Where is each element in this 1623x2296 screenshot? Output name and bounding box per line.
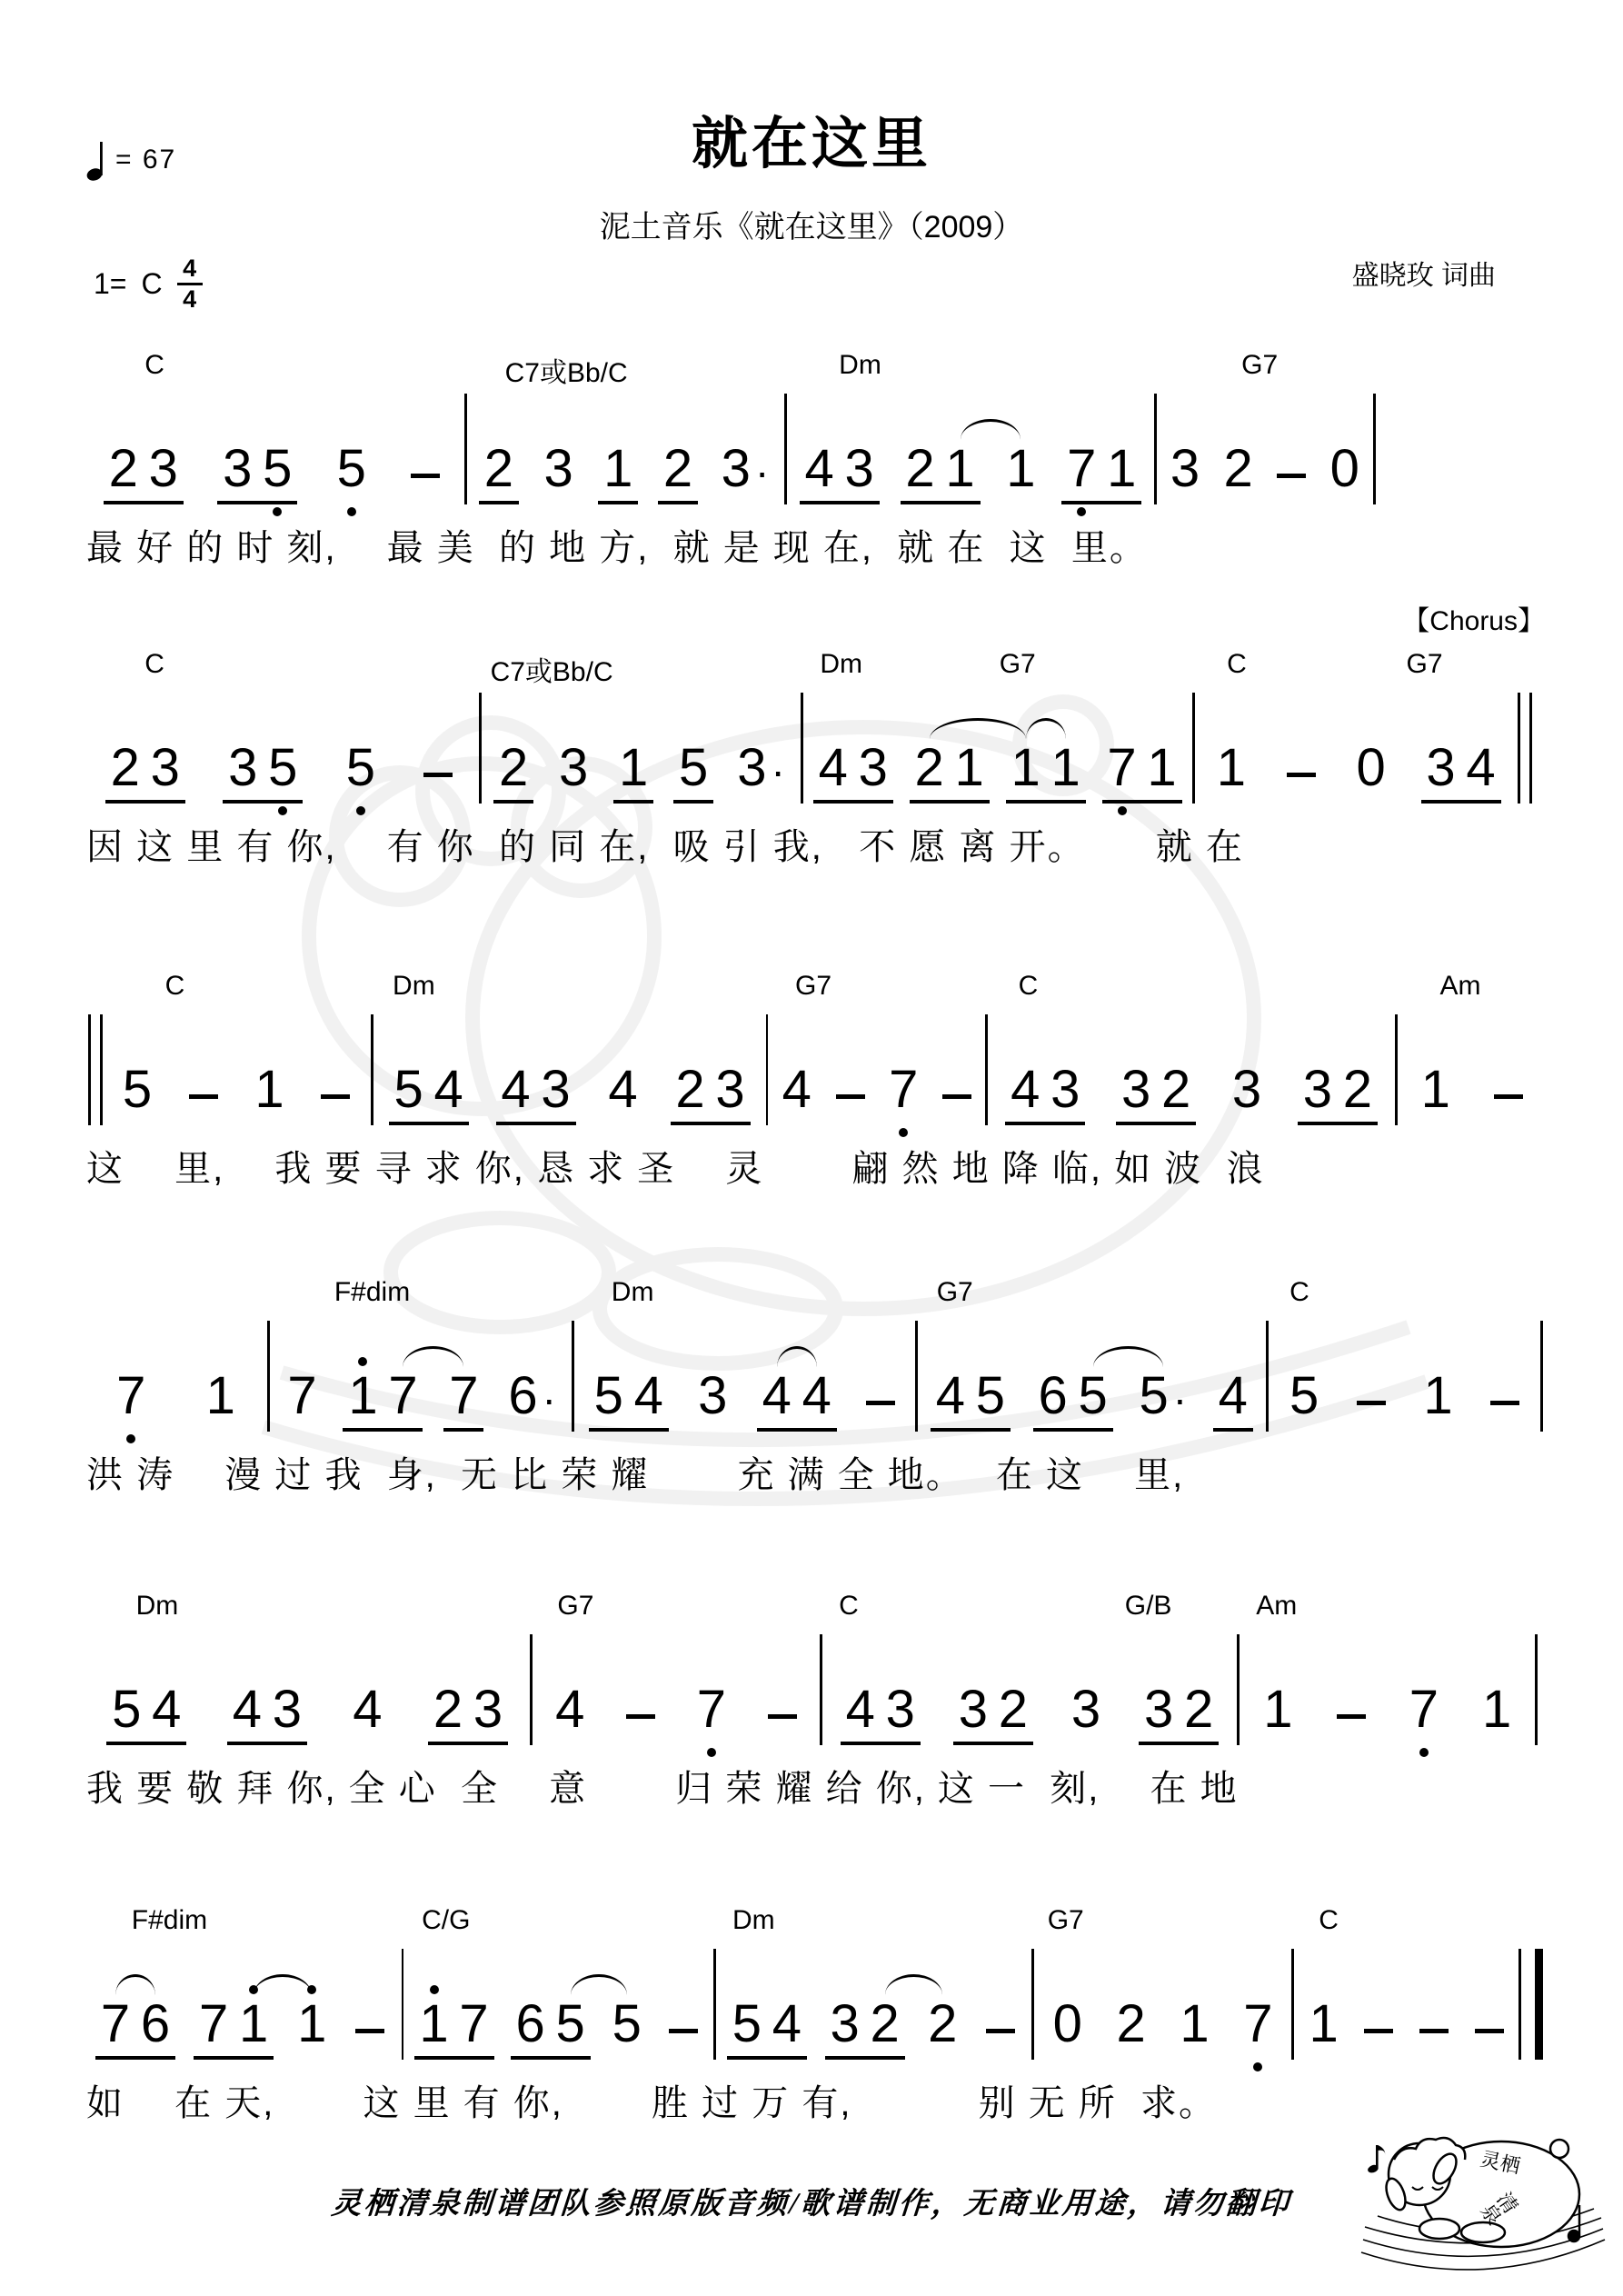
key-signature: 1= C 4 4	[94, 256, 203, 312]
note: 7	[883, 1063, 923, 1125]
note: 4	[550, 1683, 590, 1745]
note: 3	[536, 1063, 576, 1122]
barline	[267, 1321, 270, 1432]
note: 2	[105, 742, 145, 800]
chord-label: C7或Bb/C	[505, 350, 628, 390]
sheet-music-page: = 67 就在这里 泥土音乐《就在这里》（2009） 盛晓玫 词曲 1= C 4…	[0, 0, 1623, 2296]
note: 4	[777, 1063, 817, 1125]
note: 1	[234, 1998, 274, 2056]
barline	[713, 1949, 716, 2060]
note: 3	[825, 1998, 865, 2056]
note: 2	[1219, 443, 1259, 504]
note: 4	[841, 1683, 881, 1742]
note: 2	[901, 443, 941, 501]
barline	[766, 1014, 769, 1125]
chord-label: Dm	[820, 649, 862, 680]
note: 4	[1005, 1063, 1045, 1122]
dash-note	[831, 1094, 871, 1125]
note: 5	[971, 1370, 1011, 1428]
note: 7	[383, 1370, 423, 1428]
chord-label: C	[144, 350, 164, 381]
beam-group: 17	[414, 1998, 494, 2060]
system: F#dimC/GDmG7C76711176555432202171如 在 天, …	[86, 1905, 1545, 2126]
note: 4	[629, 1370, 669, 1428]
beam-group: 32	[825, 1998, 905, 2060]
chord-label: G7	[937, 1277, 973, 1308]
beam-group: 35	[217, 443, 297, 504]
chord-label: G/B	[1125, 1591, 1172, 1622]
note: 2	[479, 443, 519, 504]
chord-label: C	[1227, 649, 1247, 680]
note: 3	[1045, 1063, 1085, 1122]
note: 4	[603, 1063, 643, 1125]
beam-group: 21	[901, 443, 981, 504]
dash-note	[861, 1401, 901, 1432]
song-subtitle: 泥土音乐《就在这里》（2009）	[0, 202, 1623, 246]
barline	[1518, 693, 1532, 804]
composer-credit: 盛晓玫 词曲	[1352, 253, 1496, 293]
measure: 45655·4	[920, 1321, 1265, 1432]
note: 3	[1165, 443, 1205, 504]
note: 2	[1338, 1063, 1378, 1122]
note: 5	[332, 443, 372, 504]
chord-label: G7	[1048, 1905, 1084, 1936]
note: 1	[1175, 1998, 1215, 2060]
note-row: 2335523153·432111711034	[86, 693, 1545, 804]
beam-group: 45	[931, 1370, 1011, 1432]
measure: 23355	[86, 693, 477, 804]
chord-label: G7	[1000, 649, 1036, 680]
dash-note	[1351, 1401, 1391, 1432]
note: 2	[671, 1063, 711, 1122]
note: 5	[117, 1063, 157, 1125]
note: 4	[496, 1063, 536, 1122]
note: 1	[1142, 742, 1182, 800]
chord-label: Dm	[732, 1905, 775, 1936]
dash-note	[1271, 474, 1311, 504]
note: 6·	[504, 1370, 560, 1432]
chord-label: C	[1319, 1905, 1339, 1936]
note: 7	[1404, 1683, 1444, 1745]
note: 4	[1213, 1370, 1253, 1432]
note: 4	[797, 1370, 837, 1428]
note: 7	[1061, 443, 1101, 501]
measure: 71776·	[272, 1321, 570, 1432]
note: 5	[389, 1063, 429, 1122]
note: 5	[1284, 1370, 1324, 1432]
barline	[1291, 1949, 1294, 2060]
beam-group: 54	[106, 1683, 186, 1745]
note: 3	[1298, 1063, 1338, 1122]
note: 3	[840, 443, 880, 501]
barline	[88, 1014, 103, 1125]
barline	[915, 1321, 918, 1432]
chord-row: CDmG7CAm	[86, 971, 1545, 1014]
beam-group: 43	[813, 742, 893, 804]
note: 3	[144, 443, 184, 501]
measure: 4321171	[789, 394, 1152, 504]
note: 1	[1418, 1370, 1458, 1432]
dash-note	[1359, 2029, 1399, 2060]
note: 1	[292, 1998, 332, 2060]
note: 3	[1227, 1063, 1267, 1125]
barline	[402, 1949, 404, 2060]
note: 1	[250, 1063, 290, 1125]
key-value: C	[141, 267, 162, 301]
dash-note	[418, 773, 458, 804]
system: 【Chorus】CC7或Bb/CDmG7CG72335523153·432111…	[86, 602, 1545, 870]
chord-label: C	[1289, 1277, 1309, 1308]
barline	[1154, 394, 1157, 504]
barline	[479, 693, 482, 804]
barline	[1031, 1949, 1034, 2060]
barline	[1540, 1321, 1543, 1432]
lyric-line: 如 在 天, 这 里 有 你, 胜 过 万 有, 别 无 所 求。	[86, 2074, 1545, 2126]
note: 1	[1258, 1683, 1298, 1745]
chord-label: G7	[795, 971, 831, 1002]
barline	[784, 394, 787, 504]
beam-group: 76	[95, 1998, 175, 2060]
chord-row: CC7或Bb/CDmG7	[86, 350, 1545, 394]
beam-group: 23	[105, 742, 185, 804]
note: 7	[1238, 1998, 1278, 2060]
note: 1	[613, 742, 653, 804]
note: 1	[1101, 443, 1141, 501]
barline	[530, 1634, 533, 1745]
barline	[1535, 1634, 1538, 1745]
system: F#dimDmG7C7171776·5434445655·451洪 涛 漫 过 …	[86, 1277, 1545, 1498]
measure: 4332332	[990, 1014, 1393, 1125]
beam-group: 23	[671, 1063, 751, 1125]
beam-group: 54	[589, 1370, 669, 1432]
note: 4	[1461, 742, 1501, 800]
note: 2	[1179, 1683, 1219, 1742]
chord-label: G7	[557, 1591, 593, 1622]
note: 1	[1046, 742, 1086, 800]
beam-group: 32	[1139, 1683, 1219, 1745]
beam-group: 65	[511, 1998, 591, 2060]
beam-group: 32	[1298, 1063, 1378, 1125]
beam-group: 65	[1033, 1370, 1113, 1432]
note: 3	[553, 742, 593, 804]
note-row: 7171776·5434445655·451	[86, 1321, 1545, 1432]
note: 0	[1048, 1998, 1088, 2060]
measure: 47	[770, 1014, 983, 1125]
measure: 23355	[86, 394, 463, 504]
note: 4	[757, 1370, 797, 1428]
lyric-line: 最 好 的 时 刻, 最 美 的 地 方, 就 是 现 在, 就 在 这 里。	[86, 519, 1545, 571]
beam-group: 43	[1005, 1063, 1085, 1125]
chord-label: C7或Bb/C	[491, 649, 613, 689]
time-denominator: 4	[183, 287, 196, 312]
measure: 51	[1270, 1321, 1538, 1432]
barline	[1518, 1949, 1543, 2060]
note: 7	[443, 1370, 483, 1432]
beam-group: 11	[1006, 742, 1086, 804]
barline	[1192, 693, 1195, 804]
note: 5	[589, 1370, 629, 1428]
chord-label: Am	[1439, 971, 1480, 1002]
note: 4	[767, 1998, 807, 2056]
system: CDmG7CAm5154434234743323321这 里, 我 要 寻 求 …	[86, 971, 1545, 1192]
note-row: 2335523123·4321171320	[86, 394, 1545, 504]
chord-label: G7	[1241, 350, 1278, 381]
measure: 1	[1296, 1949, 1517, 2060]
note: 2	[1156, 1063, 1196, 1122]
barline	[1266, 1321, 1269, 1432]
note: 1	[1477, 1683, 1517, 1745]
measure: 1034	[1197, 693, 1516, 804]
chord-row: F#dimDmG7C	[86, 1277, 1545, 1321]
beam-group: 43	[227, 1683, 307, 1745]
chord-label: F#dim	[334, 1277, 410, 1308]
note: 5·	[1135, 1370, 1190, 1432]
beam-group: 54	[389, 1063, 469, 1125]
time-signature: 4 4	[177, 256, 203, 312]
note: 0	[1351, 742, 1391, 804]
measure: 5443423	[375, 1014, 764, 1125]
note: 2	[658, 443, 698, 504]
note: 4	[227, 1683, 267, 1742]
sheep-logo: 灵栖 清泉	[1356, 2118, 1610, 2296]
chord-row: F#dimC/GDmG7C	[86, 1905, 1545, 1949]
measure: 54322	[718, 1949, 1030, 2060]
note: 3·	[733, 742, 789, 804]
system: CC7或Bb/CDmG72335523123·4321171320最 好 的 时…	[86, 350, 1545, 571]
measure: 71	[86, 1321, 265, 1432]
barline	[820, 1634, 822, 1745]
beam-group: 32	[1116, 1063, 1196, 1125]
beam-group: 43	[841, 1683, 921, 1745]
note: 7	[95, 1998, 135, 2056]
note: 3	[1066, 1683, 1106, 1745]
note: 5	[341, 742, 381, 804]
note: 1	[414, 1998, 454, 2056]
section-label: 【Chorus】	[1402, 598, 1545, 644]
beam-group: 71	[194, 1998, 274, 2060]
dash-note	[1281, 773, 1321, 804]
lyric-line: 我 要 敬 拜 你, 全 心 全 意 归 荣 耀 给 你, 这 一 刻, 在 地	[86, 1760, 1545, 1812]
chord-label: G7	[1407, 649, 1443, 680]
measure: 1	[1399, 1014, 1545, 1125]
lyric-line: 洪 涛 漫 过 我 身, 无 比 荣 耀 充 满 全 地。 在 这 里,	[86, 1446, 1545, 1498]
note: 7	[1102, 742, 1142, 800]
note: 5	[727, 1998, 767, 2056]
chord-label: C	[839, 1591, 859, 1622]
barline	[1373, 394, 1376, 504]
barline	[572, 1321, 574, 1432]
beam-group: 71	[1102, 742, 1182, 804]
dash-note	[405, 474, 445, 504]
beam-group: 43	[800, 443, 880, 504]
measure: 23153·	[483, 693, 799, 804]
chord-label: Dm	[136, 1591, 179, 1622]
note: 4	[146, 1683, 186, 1742]
chord-label: Dm	[393, 971, 435, 1002]
note: 2	[865, 1998, 905, 2056]
dash-note	[1414, 2029, 1454, 2060]
note: 4	[813, 742, 853, 800]
measure: 54344	[576, 1321, 912, 1432]
beam-group: 21	[910, 742, 990, 804]
note: 3·	[718, 443, 773, 504]
beam-group: 43	[496, 1063, 576, 1125]
note-row: 5154434234743323321	[86, 1014, 1545, 1125]
note: 2	[1111, 1998, 1151, 2060]
note: 3	[1421, 742, 1461, 800]
note: 6	[135, 1998, 175, 2056]
lyric-line: 这 里, 我 要 寻 求 你, 恳 求 圣 灵 翩 然 地 降 临, 如 波 浪	[86, 1140, 1545, 1192]
measure: 17655	[405, 1949, 712, 2060]
measure: 4332332	[824, 1634, 1236, 1745]
beam-group: 35	[223, 742, 303, 804]
note: 4	[429, 1063, 469, 1122]
dash-note	[184, 1094, 224, 1125]
note: 6	[1033, 1370, 1073, 1428]
beam-group: 32	[953, 1683, 1033, 1745]
barline	[1237, 1634, 1240, 1745]
measure: 320	[1159, 394, 1371, 504]
chord-label: Am	[1256, 1591, 1297, 1622]
note: 1	[1006, 742, 1046, 800]
note: 5	[263, 742, 303, 800]
note: 7	[692, 1683, 732, 1745]
chord-label: C/G	[422, 1905, 470, 1936]
note: 3	[223, 742, 263, 800]
note: 3	[1116, 1063, 1156, 1122]
note: 3	[711, 1063, 751, 1122]
note: 7	[194, 1998, 234, 2056]
note: 3	[953, 1683, 993, 1742]
beam-group: 17	[343, 1370, 423, 1432]
measure: 76711	[86, 1949, 400, 2060]
note-row: 5443423474332332171	[86, 1634, 1545, 1745]
note: 4	[800, 443, 840, 501]
beam-group: 34	[1421, 742, 1501, 804]
note: 3	[1139, 1683, 1179, 1742]
note: 7	[111, 1370, 151, 1432]
note: 3	[267, 1683, 307, 1742]
chord-label: C	[165, 971, 185, 1002]
dash-note	[315, 1094, 355, 1125]
note: 3	[145, 742, 185, 800]
dash-note	[762, 1714, 802, 1745]
note: 1	[1211, 742, 1251, 804]
note: 5	[106, 1683, 146, 1742]
song-title: 就在这里	[0, 98, 1623, 179]
measure: 171	[1241, 1634, 1533, 1745]
note: 3	[217, 443, 257, 501]
note-row: 76711176555432202171	[86, 1949, 1545, 2060]
lyric-line: 因 这 里 有 你, 有 你 的 同 在, 吸 引 我, 不 愿 离 开。 就 …	[86, 818, 1545, 870]
chord-label: C	[1019, 971, 1039, 1002]
note: 2	[922, 1998, 962, 2060]
dash-note	[350, 2029, 390, 2060]
note: 2	[493, 742, 533, 804]
note: 3	[853, 742, 893, 800]
dash-note	[937, 1094, 977, 1125]
chord-label: F#dim	[132, 1905, 207, 1936]
beam-group: 71	[1061, 443, 1141, 504]
note: 3	[539, 443, 579, 504]
barline	[985, 1014, 988, 1125]
note: 2	[910, 742, 950, 800]
time-numerator: 4	[183, 256, 196, 281]
note: 3	[468, 1683, 508, 1742]
system: DmG7CG/BAm5443423474332332171我 要 敬 拜 你, …	[86, 1591, 1545, 1812]
chord-label: Dm	[612, 1277, 654, 1308]
dash-note	[1331, 1714, 1371, 1745]
note: 1	[201, 1370, 241, 1432]
note: 5	[673, 742, 713, 804]
note: 5	[1073, 1370, 1113, 1428]
dash-note	[981, 2029, 1021, 2060]
note: 1	[941, 443, 981, 501]
measure: 43211171	[805, 693, 1190, 804]
dash-note	[1485, 1401, 1525, 1432]
note: 1	[1001, 443, 1041, 504]
note: 1	[343, 1370, 383, 1428]
note: 6	[511, 1998, 551, 2056]
measure: 5443423	[86, 1634, 528, 1745]
note: 3	[881, 1683, 921, 1742]
note: 2	[104, 443, 144, 501]
measure: 0217	[1036, 1949, 1289, 2060]
note: 5	[551, 1998, 591, 2056]
note: 1	[1304, 1998, 1344, 2060]
note: 0	[1325, 443, 1365, 504]
note: 1	[950, 742, 990, 800]
chord-row: DmG7CG/BAm	[86, 1591, 1545, 1634]
note: 3	[692, 1370, 732, 1432]
note: 7	[283, 1370, 323, 1432]
dash-note	[1489, 1094, 1528, 1125]
note: 5	[257, 443, 297, 501]
dash-note	[621, 1714, 661, 1745]
chord-label: C	[144, 649, 164, 680]
note: 5	[607, 1998, 647, 2060]
note: 1	[1416, 1063, 1456, 1125]
chord-label: Dm	[839, 350, 881, 381]
measure: 47	[534, 1634, 817, 1745]
beam-group: 54	[727, 1998, 807, 2060]
note: 1	[598, 443, 638, 504]
note: 4	[347, 1683, 387, 1745]
key-prefix: 1=	[94, 267, 126, 301]
beam-group: 23	[104, 443, 184, 504]
beam-group: 44	[757, 1370, 837, 1432]
note: 4	[931, 1370, 971, 1428]
beam-group: 23	[428, 1683, 508, 1745]
note: 2	[428, 1683, 468, 1742]
dash-note	[663, 2029, 703, 2060]
barline	[371, 1014, 373, 1125]
note: 7	[454, 1998, 494, 2056]
dash-note	[1469, 2029, 1509, 2060]
measure: 23123·	[469, 394, 782, 504]
note: 2	[993, 1683, 1033, 1742]
measure: 51	[105, 1014, 369, 1125]
barline	[801, 693, 803, 804]
barline	[1395, 1014, 1398, 1125]
barline	[464, 394, 467, 504]
chord-row: CC7或Bb/CDmG7CG7	[86, 649, 1545, 693]
